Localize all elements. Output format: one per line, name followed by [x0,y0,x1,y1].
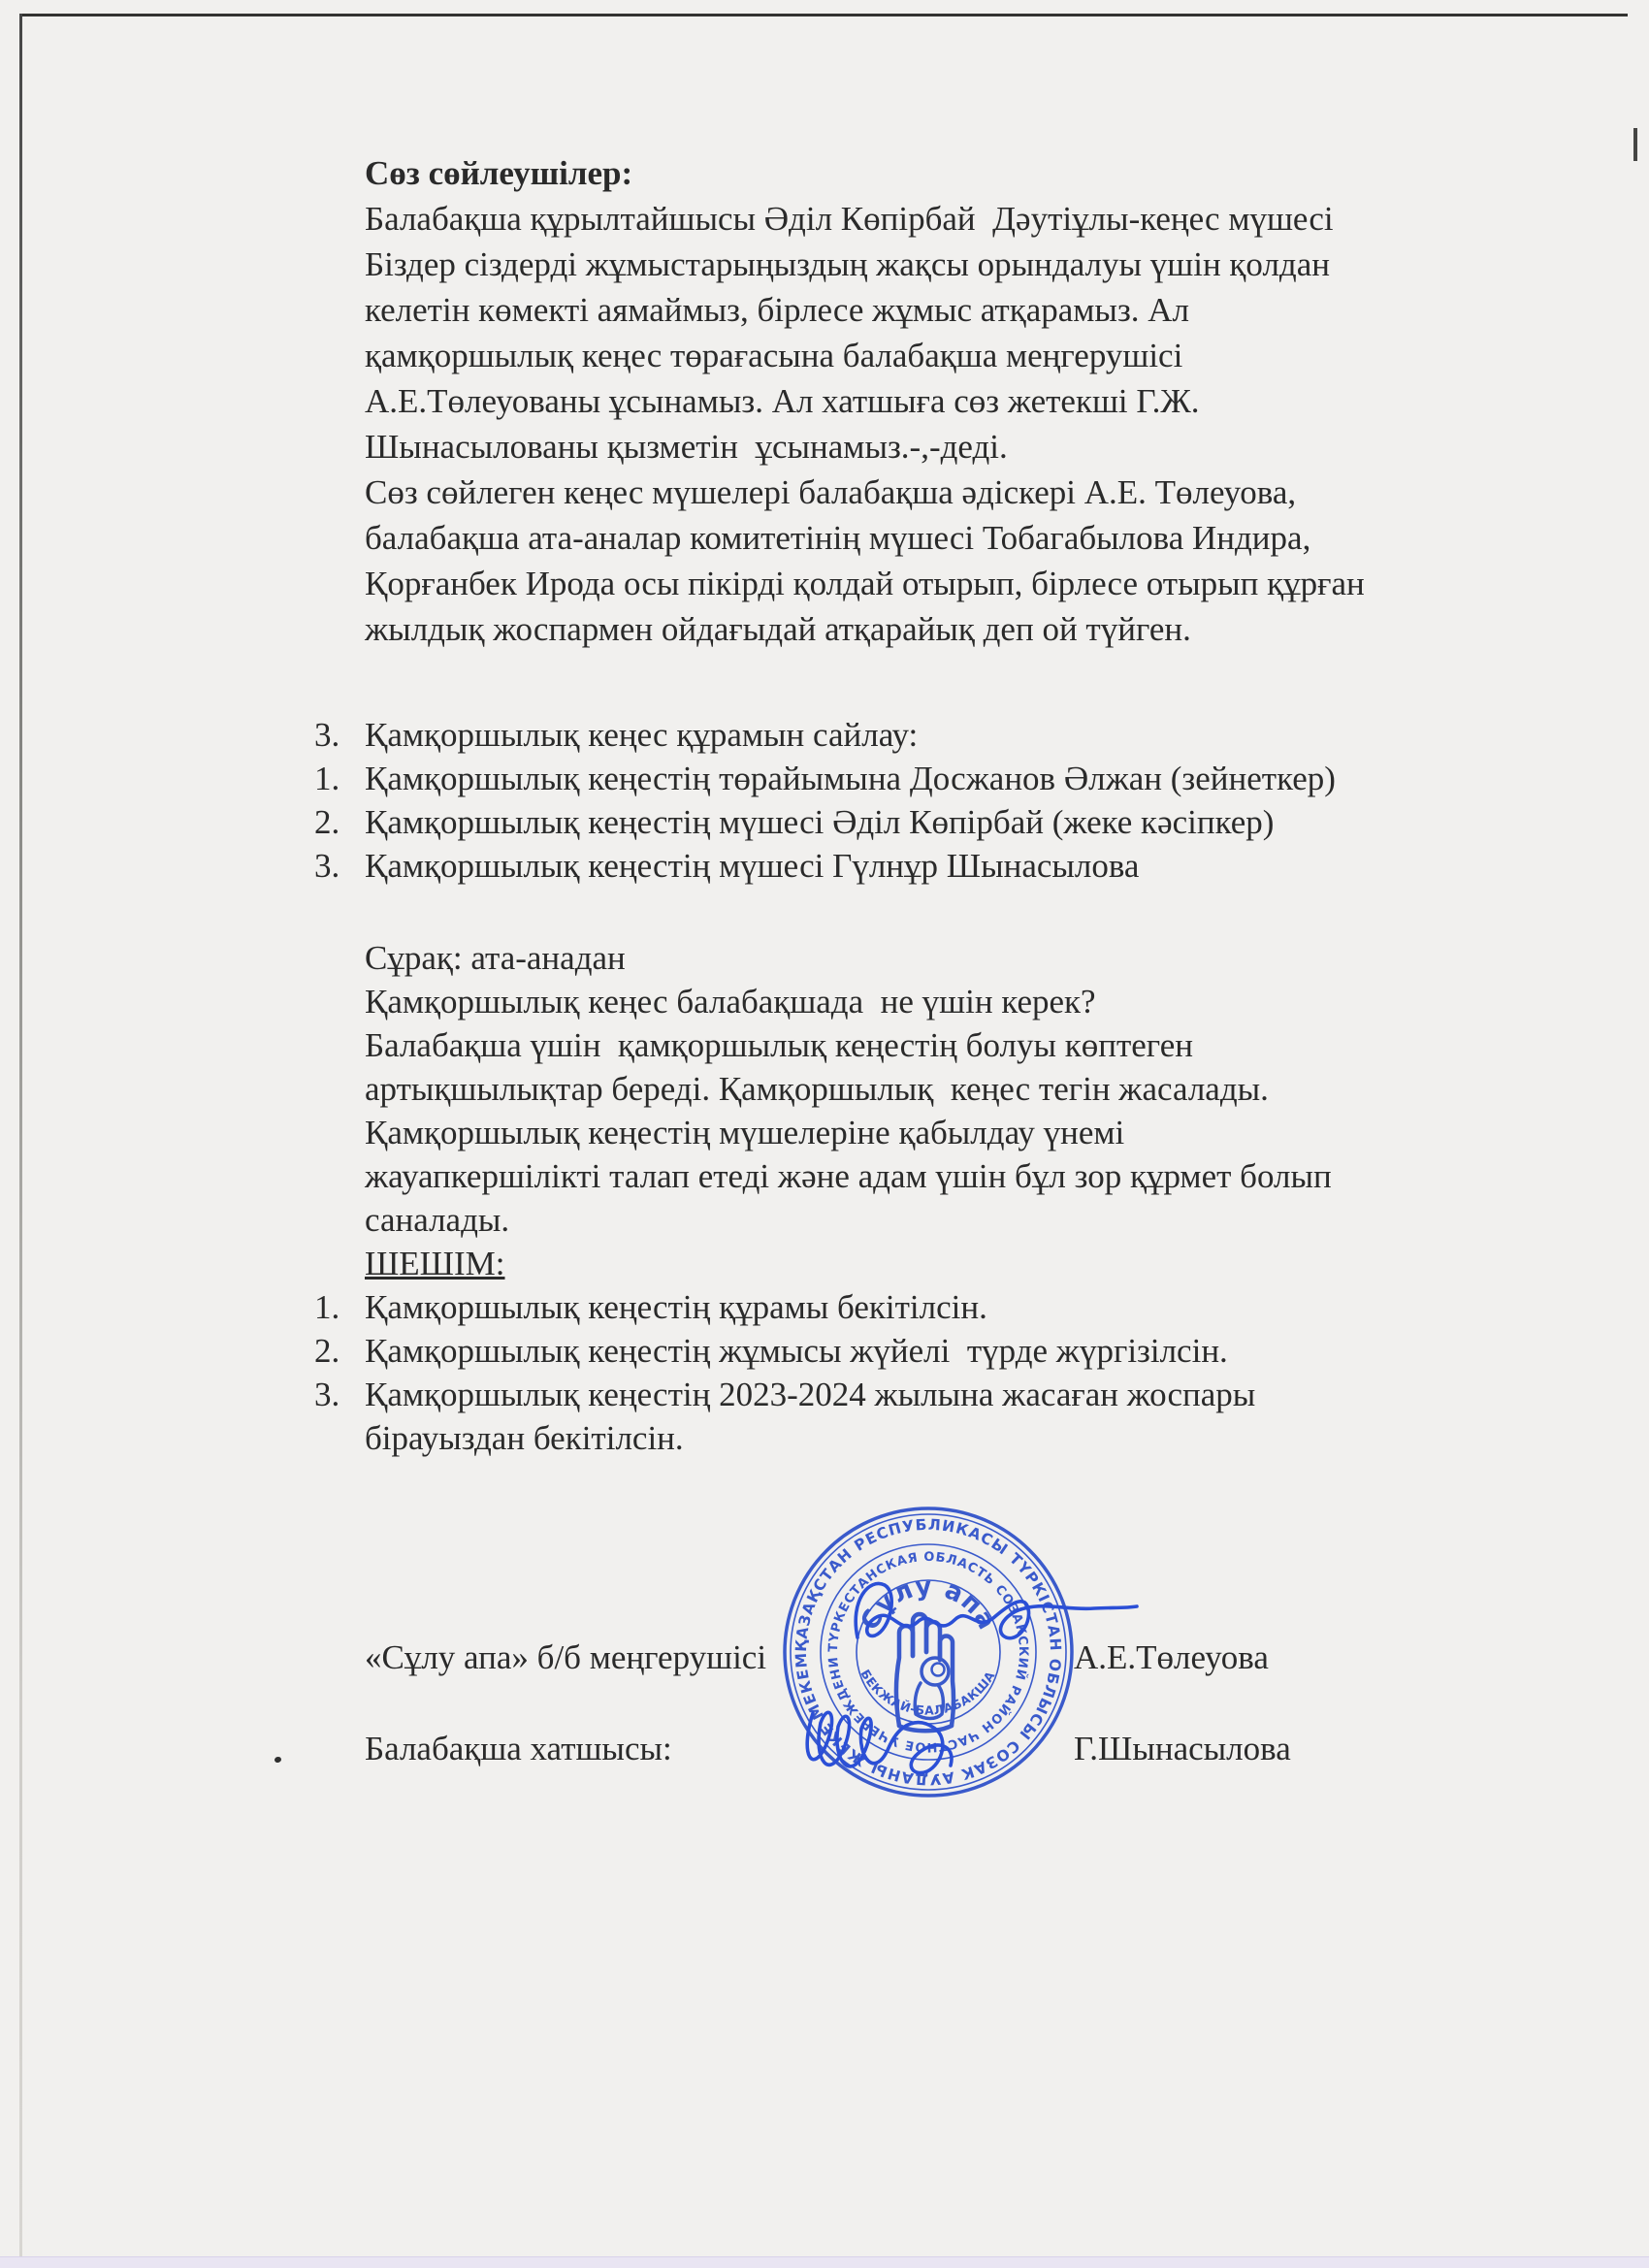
list-item-number: 3. [314,844,339,888]
text-line: саналады. [365,1198,1332,1242]
text-line: Сөз сөйлеген кеңес мүшелері балабақша әд… [365,470,1365,515]
list-item: 2.Қамқоршылық кеңестің мүшесі Әділ Көпір… [314,800,1336,844]
speakers-heading: Сөз сөйлеушілер: [365,150,1365,196]
text-line: қамқоршылық кеңес төрағасына балабақша м… [365,333,1365,378]
text-line: балабақша ата-аналар комитетінің мүшесі … [365,515,1365,561]
text-line: бірауыздан бекітілсін. [365,1416,1255,1460]
scanner-edge-left-line [19,14,22,2268]
text-line: Қамқоршылық кеңестің мүшелеріне қабылдау… [365,1111,1332,1154]
text-line: Балабақша құрылтайшысы Әділ Көпірбай Дәу… [365,196,1365,242]
council-election-list: 3.Қамқоршылық кеңес құрамын сайлау:1.Қам… [314,713,1336,888]
text-line: жауапкершілікті талап етеді және адам үш… [365,1154,1332,1198]
list-item: 3.Қамқоршылық кеңес құрамын сайлау: [314,713,1336,757]
signature-role: Балабақша хатшысы: [365,1726,672,1771]
signature-role: «Сұлу апа» б/б меңгерушісі [365,1635,766,1680]
text-line: артықшылықтар береді. Қамқоршылық кеңес … [365,1067,1332,1111]
list-item-number: 2. [314,800,339,844]
list-item: 1.Қамқоршылық кеңестің төрайымына Досжан… [314,757,1336,800]
text-line: Қорғанбек Ирода осы пікірді қолдай отыры… [365,561,1365,606]
text-line: жылдық жоспармен ойдағыдай атқарайық деп… [365,606,1365,652]
scanner-edge-right-mark [1633,128,1637,161]
secretary-signature-ink [807,1712,952,1772]
list-item: 1.Қамқоршылық кеңестің құрамы бекітілсін… [314,1285,1255,1329]
text-line: Қамқоршылық кеңес құрамын сайлау: [365,713,1336,757]
list-item: 3.Қамқоршылық кеңестің 2023-2024 жылына … [314,1373,1255,1460]
text-line: Шынасылованы қызметін ұсынамыз.-,-деді. [365,424,1365,470]
text-line: Қамқоршылық кеңестің құрамы бекітілсін. [365,1285,1255,1329]
question-section: Сұрақ: ата-анаданҚамқоршылық кеңес балаб… [365,936,1332,1285]
scanned-document-page: Сөз сөйлеушілер: Балабақша құрылтайшысы … [0,0,1649,2268]
text-line: келетін көмекті аямаймыз, бірлесе жұмыс … [365,287,1365,333]
question-paragraph: Сұрақ: ата-анаданҚамқоршылық кеңес балаб… [365,936,1332,1242]
speakers-section: Сөз сөйлеушілер: Балабақша құрылтайшысы … [365,150,1365,652]
list-item: 3.Қамқоршылық кеңестің мүшесі Гүлнұр Шын… [314,844,1336,888]
text-line: Қамқоршылық кеңестің мүшесі Гүлнұр Шынас… [365,844,1336,888]
list-item-number: 2. [314,1329,339,1373]
list-item-number: 1. [314,1285,339,1329]
text-line: Сұрақ: ата-анадан [365,936,1332,980]
handwritten-signatures-overlay [757,1484,1164,1814]
list-item-number: 3. [314,1373,339,1416]
text-line: Қамқоршылық кеңестің төрайымына Досжанов… [365,757,1336,800]
list-item-number: 3. [314,713,339,757]
director-signature-ink [856,1583,1137,1637]
text-line: Қамқоршылық кеңестің 2023-2024 жылына жа… [365,1373,1255,1416]
decision-list: 1.Қамқоршылық кеңестің құрамы бекітілсін… [314,1285,1255,1460]
scanner-edge-top-line [20,14,1628,16]
text-line: Қамқоршылық кеңес балабақшада не үшін ке… [365,980,1332,1023]
text-line: Балабақша үшін қамқоршылық кеңестің болу… [365,1023,1332,1067]
text-line: Қамқоршылық кеңестің мүшесі Әділ Көпірба… [365,800,1336,844]
text-line: Біздер сіздерді жұмыстарыңыздың жақсы ор… [365,242,1365,287]
decision-heading: ШЕШІМ: [365,1242,1332,1285]
text-line: Қамқоршылық кеңестің жұмысы жүйелі түрде… [365,1329,1255,1373]
text-line: А.Е.Төлеуованы ұсынамыз. Ал хатшыға сөз … [365,378,1365,424]
list-item: 2.Қамқоршылық кеңестің жұмысы жүйелі түр… [314,1329,1255,1373]
stray-ink-dot [274,1756,281,1764]
list-item-number: 1. [314,757,339,800]
scanner-edge-bottom-strip [0,2256,1649,2268]
speakers-paragraph: Балабақша құрылтайшысы Әділ Көпірбай Дәу… [365,196,1365,652]
